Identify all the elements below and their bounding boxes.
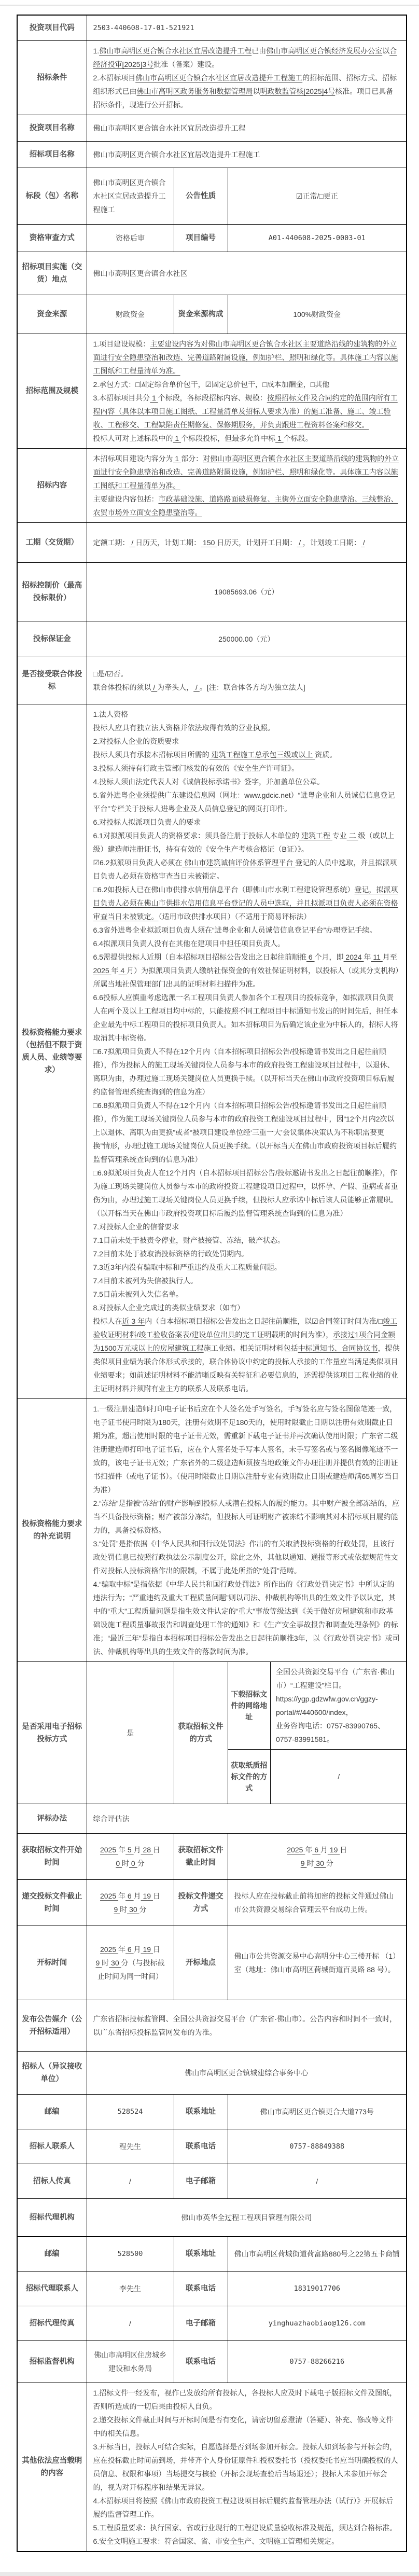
underlined-value: 佛山市高明区政务服务和数据管理局	[137, 87, 253, 95]
tenderer-postcode-2-label: 联系地址	[174, 2095, 228, 2129]
consortium-label: 是否接受联合体投标	[17, 657, 87, 704]
text-paragraph: 6.3省外进粤企业拟派项目负责人须在“进粤企业和人员诚信信息登记平台”办理登记手…	[93, 923, 400, 937]
text-paragraph: 资格后审	[93, 231, 167, 245]
table-row-agency-contact: 招标代理联系人李先生联系电话18319017706	[17, 2272, 407, 2306]
text-paragraph: 李先生	[93, 2282, 167, 2295]
underlined-value: 二	[347, 832, 358, 840]
agency-contact-2-label: 联系电话	[174, 2272, 228, 2306]
text-paragraph: 2.对投标人企业的资质要求	[93, 735, 400, 748]
underlined-value: 9	[95, 1959, 102, 1967]
text-paragraph: 佛山市高明区荷城街道荷富路880号之22第五卡商铺	[234, 2247, 400, 2261]
table-row-document-time: 获取招标文件开始时间 2025 年 5 月 28 日 0 时 0 分获取招标文件…	[17, 1834, 407, 1880]
sub-row-paper-document: 获取纸质招标文件的方式/	[228, 1750, 407, 1804]
text-paragraph: 是	[93, 1726, 167, 1740]
underlined-value: 明政数监管核[2025]4号	[260, 87, 336, 95]
text-paragraph: 投标人应具有独立法人资格并依法取得有效的营业执照。	[93, 721, 400, 735]
bid-scope-value: 1.项目建设规模：主要建设内容为对佛山市高明区更合镇合水社区主要道路沿线的建筑物…	[87, 334, 407, 449]
text-paragraph: 9 时 30 分	[234, 1857, 400, 1870]
tenderer-fax-v2-value: /	[228, 2164, 407, 2199]
consortium-value: □是/☑否。联合体投标的须以 / 为牵头人， / 。[注：联合体各方均为独立法人…	[87, 657, 407, 704]
bid-content-value: 本招标项目建设内容分为 1 部分：对佛山市高明区更合镇合水社区主要道路沿线的建筑…	[87, 449, 407, 523]
text-paragraph: 程先生	[93, 2140, 167, 2153]
underlined-value: 按照招标文件及合同约定的范围内所有工程内容（具体以本项目施工图纸、工程量清单及招…	[93, 394, 398, 429]
underlined-value: 5	[125, 1846, 134, 1854]
text-paragraph: 佛山市高明区更合镇合水社区宜居改造提升工程施工	[93, 176, 167, 216]
underlined-value: 0	[116, 1859, 122, 1867]
table-row-agency: 招标代理机构佛山市英华全过程工程项目管理有限公司	[17, 2199, 407, 2237]
qualification-requirements-label: 投标资格能力要求（包括但不限于资质人员、业绩等要求）	[17, 704, 87, 1399]
table-row-agency-postcode: 邮编528500联系地址佛山市高明区荷城街道荷富路880号之22第五卡商铺	[17, 2237, 407, 2272]
underlined-value: 近 3 年	[122, 1317, 145, 1325]
text-paragraph: □6.8拟派项目负责人不得在12个月内（自本招标项目招标公告/投标邀请书发出之日…	[93, 1099, 400, 1166]
delivery-place-value: 佛山市高明区更合镇合水社区	[87, 252, 407, 295]
text-paragraph: 6.4拟派项目负责人没有在其他在建项目中担任项目负责人。	[93, 937, 400, 950]
underlined-value: /	[193, 683, 200, 691]
text-paragraph: yinghuazhaobiao@126.com	[234, 2317, 400, 2330]
download-address-label: 下载招标文件的网络地址	[228, 1662, 271, 1750]
bid-bond-value: 250000.00（元）	[87, 621, 407, 657]
text-paragraph: 1.一级注册建造师打印电子证书后应在个人签名处手写签名，手写签名应与签名图像笔迹…	[93, 1402, 400, 1497]
text-paragraph: 7.4目前未被列为失信被执行人。	[93, 1274, 400, 1287]
fund-source-v2-value: 100%财政资金	[228, 295, 407, 334]
underlined-value: 建筑工程	[299, 832, 332, 840]
text-paragraph: 投标人须具有承接本招标项目所需的 建筑工程施工总承包三级或以上 资质。	[93, 748, 400, 761]
announcement-document: 投资项目代码2503-440608-17-01-521921招标条件1.佛山市高…	[0, 6, 419, 2552]
text-paragraph: 3.开标当日，投标人可结合实际，自愿选择是否到场参加开标会。投标人如到场参与开标…	[93, 2440, 400, 2494]
underlined-value: 登记，拟派项目负责人必须在佛山市供排水信用信息平台登记的人员中选取，并且拟派项目…	[93, 885, 398, 921]
text-paragraph: 528524	[93, 2105, 167, 2118]
text-paragraph: 7.2目前未处于被取消投标资格的行政处罚期内。	[93, 1247, 400, 1261]
tenderer-label: 招标人（异议接收单位）	[17, 2052, 87, 2095]
text-paragraph: 2025 年 6 月 19 日	[93, 1889, 167, 1903]
text-paragraph: 4.投标人须由法定代表人对《诚信投标承诺书》签字，并加盖单位公章。	[93, 775, 400, 788]
text-paragraph: 本招标项目建设内容分为 1 部分：对佛山市高明区更合镇合水社区主要道路沿线的建筑…	[93, 452, 400, 492]
underlined-value: 佛山市高明区更合镇合水社区宜居改造提升工程	[99, 47, 252, 55]
table-row-bid-scope: 招标范围及规模1.项目建设规模：主要建设内容为对佛山市高明区更合镇合水社区主要道…	[17, 334, 407, 449]
text-paragraph: 7.3近3年内没有骗取中标和严重违约及重大工程质量问题。	[93, 1261, 400, 1274]
underlined-value: /	[297, 538, 303, 547]
table-row-other-contents: 其他依法应当载明的内容1.招标文件一经发布，视作已发放给所有投标人，各投标人应及…	[17, 2383, 407, 2552]
table-row-supervision: 招标监督机构佛山市高明区住房城乡建设和水务局联系电话0757-88266216	[17, 2341, 407, 2383]
evaluation-method-value: 综合评估法	[87, 1804, 407, 1834]
agency-fax-v1-value: /	[87, 2306, 174, 2341]
bid-conditions-label: 招标条件	[17, 41, 87, 115]
other-contents-label: 其他依法应当载明的内容	[17, 2383, 87, 2552]
underlined-value: 28	[141, 1846, 153, 1854]
text-paragraph: 佛山市高明区更合镇合水社区	[93, 267, 400, 280]
agency-contact-v1-value: 李先生	[87, 2272, 174, 2306]
table-row-agency-fax: 招标代理传真/电子邮箱yinghuazhaobiao@126.com	[17, 2306, 407, 2341]
table-row-bid-opening: 开标时间 2025 年 6 月 19 日 9 时 30 分（与投标截止时间为同一…	[17, 1926, 407, 2000]
text-paragraph: 250000.00（元）	[93, 632, 400, 646]
underlined-value: 主要建设内容为对佛山市高明区更合镇合水社区主要道路沿线的建筑物的外立面进行安全隐…	[93, 340, 398, 375]
table-row-electronic-bidding: 是否采用电子招标投标方式是获取招标文件的方式下载招标文件的网络地址全国公共资源交…	[17, 1662, 407, 1804]
text-paragraph: 3.“处罚”是指依据《中华人民共和国行政处罚法》作出的有关取消投标资格的行政处罚…	[93, 1537, 400, 1577]
text-paragraph: 18319017706	[234, 2282, 400, 2295]
tenderer-fax-label: 招标人传真	[17, 2164, 87, 2199]
text-paragraph: 佛山市高明区更合镇更合大道773号	[234, 2105, 400, 2118]
table-row-invest-project-name: 投资项目名称佛山市高明区更合镇合水社区宜居改造提升工程	[17, 115, 407, 142]
agency-label: 招标代理机构	[17, 2199, 87, 2237]
electronic-bidding-2-label: 获取招标文件的方式	[174, 1662, 228, 1804]
bid-conditions-value: 1.佛山市高明区更合镇合水社区宜居改造提升工程已由佛山市高明区更合镇经济发展办公…	[87, 41, 407, 115]
text-paragraph: 佛山市高明区更合镇城建综合事务中心	[93, 2066, 400, 2080]
underlined-value: 4	[119, 966, 127, 975]
text-paragraph: 4.本招标项目将按照《佛山市政府投资工程建设项目标后履约监督管理办法（试行）》开…	[93, 2494, 400, 2521]
table-row-qualification-requirements: 投标资格能力要求（包括但不限于资质人员、业绩等要求）1.法人资格投标人应具有独立…	[17, 704, 407, 1399]
bid-opening-v1-value: 2025 年 6 月 19 日 9 时 30 分（与投标截止时间为同一时间）	[87, 1926, 174, 2000]
underlined-value: 30	[109, 1959, 121, 1967]
agency-postcode-v1-value: 528500	[87, 2237, 174, 2272]
underlined-value: 2025	[100, 1945, 118, 1954]
section-name-2-label: 公告性质	[174, 168, 228, 225]
text-paragraph: 7.对投标人企业的信誉要求	[93, 1220, 400, 1234]
underlined-value: 6	[125, 1945, 134, 1954]
underlined-value: 9	[114, 1905, 120, 1914]
table-row-bid-conditions: 招标条件1.佛山市高明区更合镇合水社区宜居改造提升工程已由佛山市高明区更合镇经济…	[17, 41, 407, 115]
bid-bond-label: 投标保证金	[17, 621, 87, 657]
bid-opening-v2-value: 佛山市公共资源交易中心高明分中心三楼开标 （1）室（地址：佛山市高明区荷城街道百…	[228, 1926, 407, 2000]
document-time-v2-value: 2025 年 6 月 19 日 9 时 30 分	[228, 1834, 407, 1880]
tenderer-contact-2-label: 联系电话	[174, 2129, 228, 2164]
tenderer-contact-label: 招标人联系人	[17, 2129, 87, 2164]
text-paragraph: □6.9拟派项目负责人在12个月内（自本招标项目招标公告/投标邀请书发出之日起往…	[93, 1166, 400, 1220]
bid-project-name-value: 佛山市高明区更合镇合水社区宜居改造提升工程施工	[87, 142, 407, 168]
submission-deadline-2-label: 投标文件递交方式	[174, 1880, 228, 1926]
tenderer-value: 佛山市高明区更合镇城建综合事务中心	[87, 2052, 407, 2095]
text-paragraph: □是/☑否。	[93, 667, 400, 681]
underlined-value: 1	[275, 434, 284, 442]
text-paragraph: 综合评估法	[93, 1812, 400, 1825]
text-paragraph: 0757-88266216	[234, 2355, 400, 2369]
sub-row-download-address: 下载招标文件的网络地址全国公共资源交易平台（广东省·佛山市）“工程建设”栏目。h…	[228, 1662, 407, 1750]
text-paragraph: 4.“骗取中标”是指依据《中华人民共和国行政处罚法》所作出的《行政处罚决定书》中…	[93, 1577, 400, 1658]
text-paragraph: 2025 年 5 月 28 日	[93, 1843, 167, 1857]
fund-source-2-label: 资金来源构成	[174, 295, 228, 334]
document-access-subtable: 下载招标文件的网络地址全国公共资源交易平台（广东省·佛山市）“工程建设”栏目。h…	[228, 1662, 407, 1804]
underlined-value: 佛山市高明区更合镇合水社区宜居改造提升工程施工	[135, 74, 302, 82]
tenderer-contact-v1-value: 程先生	[87, 2129, 174, 2164]
text-paragraph: 1.佛山市高明区更合镇合水社区宜居改造提升工程已由佛山市高明区更合镇经济发展办公…	[93, 44, 400, 71]
text-paragraph: 2025 年 6 月 19 日	[234, 1843, 400, 1857]
tenderer-postcode-v1-value: 528524	[87, 2095, 174, 2129]
invest-project-name-value: 佛山市高明区更合镇合水社区宜居改造提升工程	[87, 115, 407, 142]
text-paragraph: 投标人可对上述标段中的 1 个标段投标，但最多允许中标 1 个标段。	[93, 432, 400, 445]
qualification-requirements-value: 1.法人资格投标人应具有独立法人资格并依法取得有效的营业执照。2.对投标人企业的…	[87, 704, 407, 1399]
underlined-value: 2025	[100, 1846, 118, 1854]
text-paragraph: 主要建设内容包括：市政基础设施、道路路面破损修复、主街外立面安全隐患整治、三线整…	[93, 492, 400, 519]
qualification-supplement-label: 投标资格能力要求的补充说明	[17, 1399, 87, 1662]
electronic-bidding-label: 是否采用电子招标投标方式	[17, 1662, 87, 1804]
invest-project-name-label: 投资项目名称	[17, 115, 87, 142]
table-row-project-code: 投资项目代码2503-440608-17-01-521921	[17, 15, 407, 41]
section-name-v1-value: 佛山市高明区更合镇合水社区宜居改造提升工程施工	[87, 168, 174, 225]
text-paragraph: 广东省招标投标监管网、全国公共资源交易平台（广东省·佛山市）。公告内容和时间不一…	[93, 2012, 400, 2039]
underlined-value: 30	[314, 1859, 326, 1867]
text-paragraph: 528500	[93, 2247, 167, 2261]
announcement-media-value: 广东省招标投标监管网、全国公共资源交易平台（广东省·佛山市）。公告内容和时间不一…	[87, 2000, 407, 2052]
bid-project-name-label: 招标项目名称	[17, 142, 87, 168]
section-name-label: 标段（包）名称	[17, 168, 87, 225]
table-row-delivery-place: 招标项目实施（交货）地点佛山市高明区更合镇合水社区	[17, 252, 407, 295]
qualification-review-2-label: 项目编号	[174, 225, 228, 252]
text-paragraph: 9 时 30 分（与投标截止时间为同一时间）	[93, 1956, 167, 1983]
fund-source-label: 资金来源	[17, 295, 87, 334]
text-paragraph: 2025 年 6 月 19 日	[93, 1943, 167, 1956]
text-paragraph: 佛山市高明区更合镇合水社区宜居改造提升工程施工	[93, 148, 400, 161]
tenderer-contact-v2-value: 0757-88849388	[228, 2129, 407, 2164]
supervision-v2-value: 0757-88266216	[228, 2341, 407, 2383]
text-paragraph: /	[93, 2175, 167, 2188]
agency-postcode-label: 邮编	[17, 2237, 87, 2272]
table-row-section-name: 标段（包）名称佛山市高明区更合镇合水社区宜居改造提升工程施工公告性质☑正常/□更…	[17, 168, 407, 225]
text-paragraph: 全国公共资源交易平台（广东省·佛山市）“工程建设”栏目。	[276, 1665, 402, 1692]
underlined-value: 150	[201, 538, 217, 547]
table-row-consortium: 是否接受联合体投标□是/☑否。联合体投标的须以 / 为牵头人， / 。[注：联合…	[17, 657, 407, 704]
underlined-value: 0	[129, 1859, 137, 1867]
text-paragraph: 6.5需提供投标人近期（自本招标项目招标公告发出之日起往前顺推 6 个月，即 2…	[93, 950, 400, 991]
text-paragraph: 0 时 0 分	[93, 1857, 167, 1870]
text-paragraph: https://ygp.gdzwfw.gov.cn/ggzy-portal/#/…	[276, 1692, 402, 1719]
announcement-media-label: 发布公告媒介（公开招标适用）	[17, 2000, 87, 2052]
qualification-review-v1-value: 资格后审	[87, 225, 174, 252]
download-address-value: 全国公共资源交易平台（广东省·佛山市）“工程建设”栏目。https://ygp.…	[271, 1662, 407, 1750]
text-paragraph: 9 时 30 分	[93, 1903, 167, 1916]
construction-period-value: 定额工期： / 日历天，计划工期： 150 日历天，计划开工日期： / ，计划竣…	[87, 523, 407, 563]
underlined-value: 11	[371, 953, 382, 961]
table-row-construction-period: 工期（交货期）定额工期： / 日历天，计划工期： 150 日历天，计划开工日期：…	[17, 523, 407, 563]
bid-opening-2-label: 开标地点	[174, 1926, 228, 2000]
underlined-value: 6	[312, 1846, 320, 1854]
project-code-label: 投资项目代码	[17, 15, 87, 41]
table-row-qualification-review: 资格审查方式资格后审项目编号A01-440608-2025-0003-01	[17, 225, 407, 252]
paper-document-value: /	[271, 1750, 407, 1804]
text-paragraph: 2.递交投标文件截止时间与开标时间是否有变化，请密切留意澄清（答疑）、补充、修改…	[93, 2413, 400, 2440]
text-paragraph: 100%财政资金	[234, 308, 400, 321]
underlined-value: /	[151, 683, 158, 691]
section-name-v2-value: ☑正常/□更正	[228, 168, 407, 225]
underlined-value: 对佛山市高明区更合镇合水社区主要道路沿线的建筑物的外立面进行安全隐患整治和改造、…	[93, 454, 399, 490]
supervision-label: 招标监督机构	[17, 2341, 87, 2383]
paper-document-label: 获取纸质招标文件的方式	[228, 1750, 271, 1804]
text-paragraph: 5.工程质量要求：执行国家、省或行业现行的工程建设质量验收标准及规范，须达到合格…	[93, 2521, 400, 2535]
underlined-value: 建筑工程施工总承包三级或以上	[209, 751, 315, 759]
text-paragraph: 定额工期： / 日历天，计划工期： 150 日历天，计划开工日期： / ，计划竣…	[93, 536, 400, 549]
text-paragraph: 业务咨询电话：0757-83990765、0757-83991581。	[276, 1719, 402, 1746]
text-paragraph: /	[93, 2317, 167, 2330]
text-paragraph: □6.7拟派项目负责人不得在12个月内（自本招标项目招标公告/投标邀请书发出之日…	[93, 1045, 400, 1099]
text-paragraph: 2.承包方式：□固定综合单价包干，☑固定总价包干，□成本加酬金，□其他	[93, 378, 400, 391]
supervision-2-label: 联系电话	[174, 2341, 228, 2383]
qualification-supplement-value: 1.一级注册建造师打印电子证书后应在个人签名处手写签名，手写签名应与签名图像笔迹…	[87, 1399, 407, 1662]
table-row-tenderer: 招标人（异议接收单位）佛山市高明区更合镇城建综合事务中心	[17, 2052, 407, 2095]
announcement-table: 投资项目代码2503-440608-17-01-521921招标条件1.佛山市高…	[17, 15, 407, 2552]
text-paragraph: 6.安全文明施工要求：符合国家、省、市安全生产、文明施工管理相关规定。	[93, 2535, 400, 2548]
control-price-label: 招标控制价（最高投标限价）	[17, 563, 87, 621]
text-paragraph: 佛山市英华全过程工程项目管理有限公司	[93, 2211, 400, 2224]
underlined-value: /	[130, 538, 136, 547]
qualification-review-label: 资格审查方式	[17, 225, 87, 252]
underlined-value: /	[361, 538, 365, 547]
submission-deadline-v2-value: 投标人应在投标截止前将加密的投标文件通过佛山市公共资源交易综合管理云平台成功上传…	[228, 1880, 407, 1926]
table-row-bid-bond: 投标保证金250000.00（元）	[17, 621, 407, 657]
underlined-value: 2025	[93, 966, 111, 975]
fund-source-v1-value: 财政资金	[87, 295, 174, 334]
agency-contact-label: 招标代理联系人	[17, 2272, 87, 2306]
text-paragraph: 投标人在近 3 年内（自本招标项目招标公告发出之日起往前顺推，以☑合同签订时间为…	[93, 1314, 400, 1395]
text-paragraph: 1.法人资格	[93, 708, 400, 721]
project-code-value: 2503-440608-17-01-521921	[87, 15, 407, 41]
bid-scope-label: 招标范围及规模	[17, 334, 87, 449]
text-paragraph: 1.项目建设规模：主要建设内容为对佛山市高明区更合镇合水社区主要道路沿线的建筑物…	[93, 337, 400, 378]
underlined-value: 9	[301, 1859, 307, 1867]
text-paragraph: 2.本招标项目佛山市高明区更合镇合水社区宜居改造提升工程施工的招标范围、招标方式…	[93, 71, 400, 112]
underlined-value: 6	[306, 953, 315, 961]
text-paragraph: 6.6投标人应慎重考虑选派一名工程项目负责人参加各个工程项目的投标竞争，如拟派项…	[93, 991, 400, 1045]
underlined-value: 佛山市建筑诚信评价体系管理平台	[183, 858, 296, 867]
underlined-value: 6	[125, 1892, 134, 1900]
text-paragraph: 投标人应在投标截止前将加密的投标文件通过佛山市公共资源交易综合管理云平台成功上传…	[234, 1889, 400, 1916]
other-contents-value: 1.招标文件一经发布，视作已发放给所有投标人，各投标人应及时下载电子版招标文件及…	[87, 2383, 407, 2552]
text-paragraph: 19085693.06（元）	[93, 585, 400, 599]
text-paragraph: 6.1对拟派项目负责人的资格要求：须具备注册于投标人本单位的 建筑工程 专业 二…	[93, 829, 400, 856]
underlined-value: 2024	[344, 953, 364, 961]
text-paragraph: 联合体投标的须以 / 为牵头人， / 。[注：联合体各方均为独立法人]	[93, 681, 400, 694]
underlined-value: 19	[141, 1892, 153, 1900]
text-paragraph: 7.5目前未被列入失信名单。	[93, 1287, 400, 1301]
text-paragraph: 佛山市公共资源交易中心高明分中心三楼开标 （1）室（地址：佛山市高明区荷城街道百…	[234, 1949, 400, 1976]
document-time-label: 获取招标文件开始时间	[17, 1834, 87, 1880]
text-paragraph: 佛山市高明区更合镇合水社区宜居改造提升工程	[93, 121, 400, 135]
agency-fax-v2-value: yinghuazhaobiao@126.com	[228, 2306, 407, 2341]
text-paragraph: 3.投标人须持有行政主管部门核发的有效的《安全生产许可证》。	[93, 761, 400, 775]
underlined-value: 2025	[100, 1892, 118, 1900]
tenderer-postcode-label: 邮编	[17, 2095, 87, 2129]
electronic-bidding-methods: 下载招标文件的网络地址全国公共资源交易平台（广东省·佛山市）“工程建设”栏目。h…	[228, 1662, 407, 1804]
text-paragraph: 财政资金	[93, 308, 167, 321]
agency-fax-2-label: 电子邮箱	[174, 2306, 228, 2341]
underlined-value: 30	[127, 1905, 139, 1914]
qualification-review-v2-value: A01-440608-2025-0003-01	[228, 225, 407, 252]
text-paragraph: 5.省外进粤企业须提供广东建设信息网（网址：www.gdcic.net）“进粤企…	[93, 788, 400, 815]
table-row-submission-deadline: 递交投标文件截止时间 2025 年 6 月 19 日 9 时 30 分投标文件递…	[17, 1880, 407, 1926]
table-row-tenderer-fax: 招标人传真/电子邮箱/	[17, 2164, 407, 2199]
document-time-v1-value: 2025 年 5 月 28 日 0 时 0 分	[87, 1834, 174, 1880]
supervision-v1-value: 佛山市高明区住房城乡建设和水务局	[87, 2341, 174, 2383]
table-row-bid-project-name: 招标项目名称佛山市高明区更合镇合水社区宜居改造提升工程施工	[17, 142, 407, 168]
delivery-place-label: 招标项目实施（交货）地点	[17, 252, 87, 295]
text-paragraph: 3.本招标项目共分 1 个标段，各标段招标内容、规模：按照招标文件及合同约定的范…	[93, 391, 400, 432]
agency-postcode-2-label: 联系地址	[174, 2237, 228, 2272]
agency-value: 佛山市英华全过程工程项目管理有限公司	[87, 2199, 407, 2237]
text-paragraph: ☑6.2拟派项目负责人必须在 佛山市建筑诚信评价体系管理平台 登记的人员中选取，…	[93, 856, 400, 883]
agency-contact-v2-value: 18319017706	[228, 2272, 407, 2306]
tenderer-fax-v1-value: /	[87, 2164, 174, 2199]
submission-deadline-v1-value: 2025 年 6 月 19 日 9 时 30 分	[87, 1880, 174, 1926]
underlined-value: 1	[173, 454, 181, 463]
table-row-evaluation-method: 评标办法综合评估法	[17, 1804, 407, 1834]
text-paragraph: 1.招标文件一经发布，视作已发放给所有投标人，各投标人应及时下载电子版招标文件及…	[93, 2386, 400, 2413]
bid-announcement-table: 投资项目代码2503-440608-17-01-521921招标条件1.佛山市高…	[17, 15, 419, 2552]
table-row-bid-content: 招标内容本招标项目建设内容分为 1 部分：对佛山市高明区更合镇合水社区主要道路沿…	[17, 449, 407, 523]
table-row-qualification-supplement: 投标资格能力要求的补充说明1.一级注册建造师打印电子证书后应在个人签名处手写签名…	[17, 1399, 407, 1662]
table-row-announcement-media: 发布公告媒介（公开招标适用）广东省招标投标监管网、全国公共资源交易平台（广东省·…	[17, 2000, 407, 2052]
electronic-bidding-v1-value: 是	[87, 1662, 174, 1804]
text-paragraph: 8.对投标人企业完成过的类似业绩要求（如有）	[93, 1301, 400, 1314]
text-paragraph: 6.对投标人拟派项目负责人的要求	[93, 815, 400, 829]
text-paragraph: 佛山市高明区住房城乡建设和水务局	[93, 2348, 167, 2375]
tenderer-postcode-v2-value: 佛山市高明区更合镇更合大道773号	[228, 2095, 407, 2129]
text-paragraph: /	[276, 1770, 402, 1783]
agency-fax-label: 招标代理传真	[17, 2306, 87, 2341]
text-paragraph: /	[234, 2175, 400, 2188]
text-paragraph: ☑正常/□更正	[234, 189, 400, 203]
control-price-value: 19085693.06（元）	[87, 563, 407, 621]
page-bottom-bar	[0, 2572, 419, 2576]
table-row-tenderer-postcode: 邮编528524联系地址佛山市高明区更合镇更合大道773号	[17, 2095, 407, 2129]
underlined-value: 1	[173, 434, 181, 442]
underlined-value: 19	[328, 1846, 340, 1854]
table-row-control-price: 招标控制价（最高投标限价）19085693.06（元）	[17, 563, 407, 621]
text-paragraph: 2.“冻结”是指被“冻结”的财产影响到投标人或潜在投标人的履约能力。其中财产被全…	[93, 1497, 400, 1537]
submission-deadline-label: 递交投标文件截止时间	[17, 1880, 87, 1926]
bid-content-label: 招标内容	[17, 449, 87, 523]
underlined-value: 佛山市高明区更合镇经济发展办公室	[266, 47, 382, 55]
text-paragraph: 7.1目前未处于被责令停业，财产被接管、冻结，破产状态。	[93, 1234, 400, 1247]
text-paragraph: A01-440608-2025-0003-01	[234, 231, 400, 245]
table-row-fund-source: 资金来源财政资金资金来源构成100%财政资金	[17, 295, 407, 334]
agency-postcode-v2-value: 佛山市高明区荷城街道荷富路880号之22第五卡商铺	[228, 2237, 407, 2272]
evaluation-method-label: 评标办法	[17, 1804, 87, 1834]
underlined-value: 中标通知书、合同协议书	[298, 1344, 378, 1352]
text-paragraph: 2503-440608-17-01-521921	[93, 21, 400, 35]
construction-period-label: 工期（交货期）	[17, 523, 87, 563]
text-paragraph: 0757-88849388	[234, 2140, 400, 2153]
bid-opening-label: 开标时间	[17, 1926, 87, 2000]
text-paragraph: □6.2如投标人已在佛山市供排水信用信息平台（即佛山市水利工程建设管理系统）登记…	[93, 883, 400, 923]
tenderer-fax-2-label: 电子邮箱	[174, 2164, 228, 2199]
document-time-2-label: 获取招标文件截止时间	[174, 1834, 228, 1880]
underlined-value: 19	[141, 1945, 153, 1954]
underlined-value: 1	[150, 394, 158, 402]
underlined-value: 2025	[287, 1846, 305, 1854]
table-row-tenderer-contact: 招标人联系人程先生联系电话0757-88849388	[17, 2129, 407, 2164]
underlined-value: 市政基础设施、道路路面破损修复、主街外立面安全隐患整治、三线整治、农贸市场外立面…	[93, 495, 398, 517]
